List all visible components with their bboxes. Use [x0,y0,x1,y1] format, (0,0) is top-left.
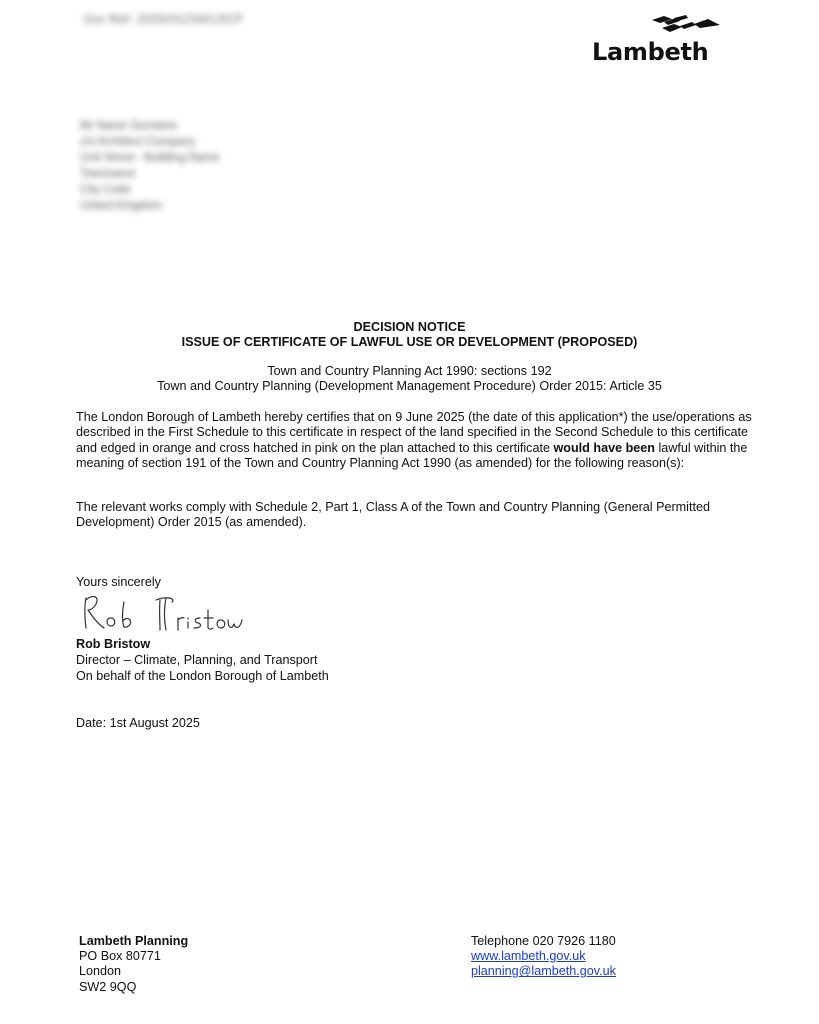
signatory-name: Rob Bristow [76,637,150,651]
address-line: Unit Street - Building Name [80,150,219,166]
address-line: c/o Architect Company [80,134,219,150]
signatory-on-behalf: On behalf of the London Borough of Lambe… [76,669,329,683]
address-line: United Kingdom [80,198,219,214]
lambeth-logo: Lambeth [592,14,732,70]
footer-postal-address: Lambeth Planning PO Box 80771 London SW2… [79,934,188,995]
signatory-role: Director – Climate, Planning, and Transp… [76,653,318,667]
act-reference-2: Town and Country Planning (Development M… [0,379,819,393]
footer-postcode: SW2 9QQ [79,980,188,995]
footer-org-name: Lambeth Planning [79,934,188,949]
website-link[interactable]: www.lambeth.gov.uk [471,949,586,963]
notice-subtitle: ISSUE OF CERTIFICATE OF LAWFUL USE OR DE… [0,335,819,349]
email-link[interactable]: planning@lambeth.gov.uk [471,964,616,978]
reference-number-redacted: Our Ref: 2025/01234/LDCP [84,12,243,26]
logo-wordmark: Lambeth [592,38,708,66]
notice-title: DECISION NOTICE [0,320,819,334]
closing-salutation: Yours sincerely [76,575,161,589]
handwritten-signature [80,588,250,636]
address-line: Townname [80,166,219,182]
footer-po-box: PO Box 80771 [79,949,188,964]
address-line: Mr Name Surname [80,118,219,134]
footer-city: London [79,964,188,979]
recipient-address-redacted: Mr Name Surname c/o Architect Company Un… [80,118,219,214]
address-line: City Code [80,182,219,198]
act-reference-1: Town and Country Planning Act 1990: sect… [0,364,819,378]
footer-telephone: Telephone 020 7926 1180 [471,934,616,949]
reason-paragraph: The relevant works comply with Schedule … [76,500,756,531]
certification-paragraph: The London Borough of Lambeth hereby cer… [76,410,756,472]
footer-contact: Telephone 020 7926 1180 www.lambeth.gov.… [471,934,616,980]
lambeth-chevrons-icon [650,14,722,38]
certification-emphasis: would have been [554,441,655,455]
decision-date: Date: 1st August 2025 [76,716,200,730]
